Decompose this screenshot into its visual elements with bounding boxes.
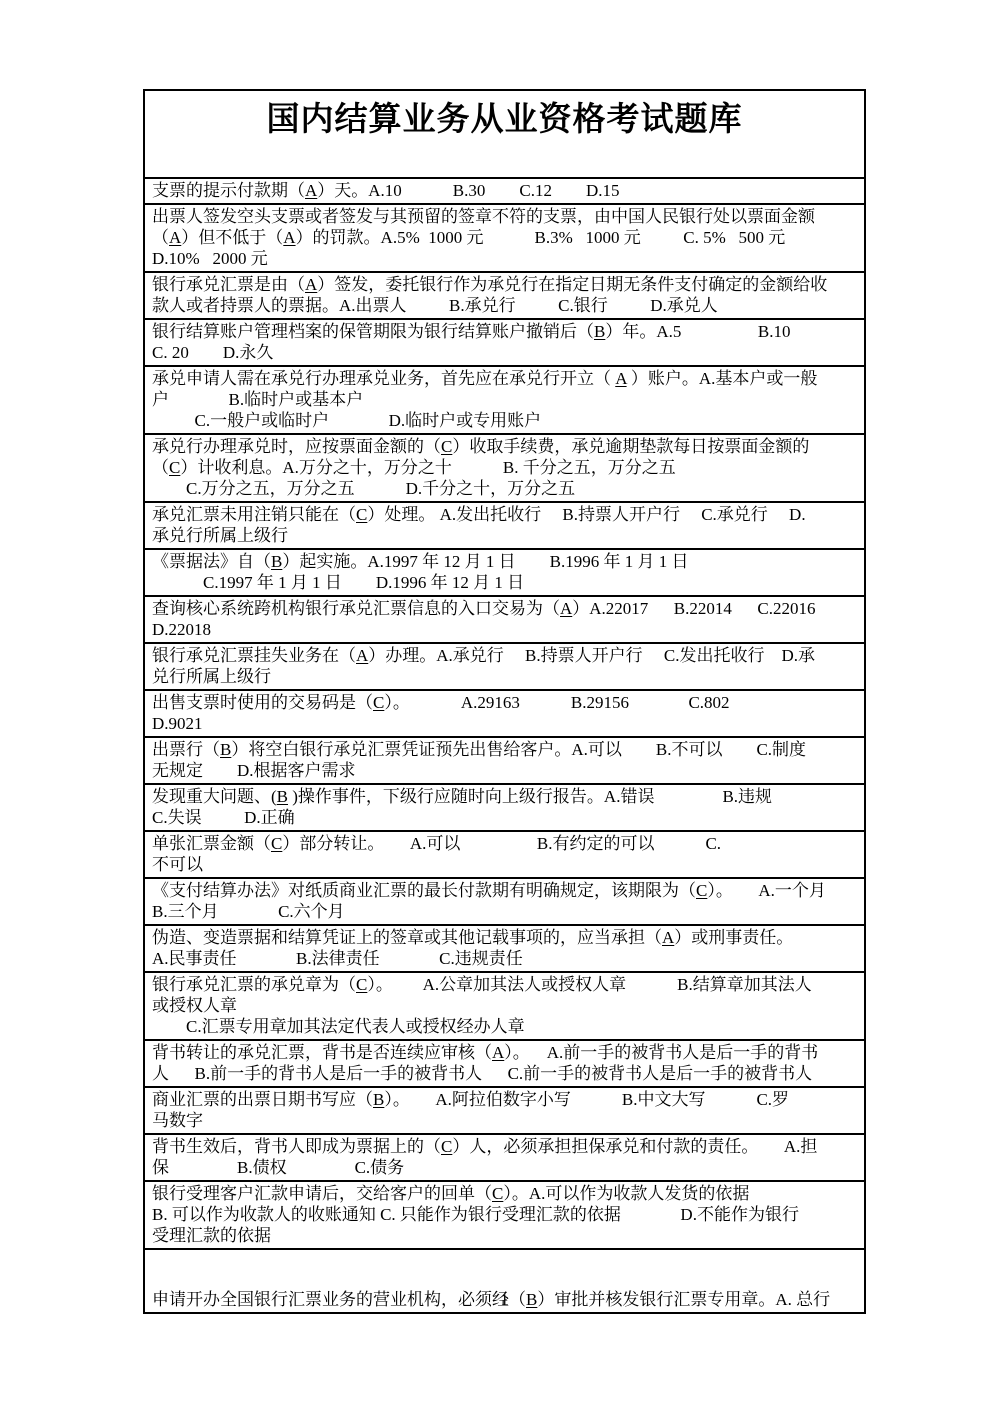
answer-letter-underlined: C bbox=[492, 1184, 503, 1203]
question-row: 查询核心系统跨机构银行承兑汇票信息的入口交易为（A）A.22017 B.2201… bbox=[145, 595, 864, 642]
answer-letter-underlined: B bbox=[373, 1090, 384, 1109]
question-table-body: 支票的提示付款期（A）天。A.10 B.30 C.12 D.15出票人签发空头支… bbox=[145, 177, 864, 1312]
question-row: 伪造、变造票据和结算凭证上的签章或其他记载事项的，应当承担（A）或刑事责任。 A… bbox=[145, 924, 864, 971]
answer-letter-underlined: A bbox=[356, 646, 368, 665]
question-row: 银行结算账户管理档案的保管期限为银行结算账户撤销后（B）年。A.5 B.10 C… bbox=[145, 318, 864, 365]
answer-letter-underlined: A bbox=[283, 228, 295, 247]
question-table: 国内结算业务从业资格考试题库 支票的提示付款期（A）天。A.10 B.30 C.… bbox=[143, 89, 866, 1314]
question-text: ）但不低于（ bbox=[181, 228, 283, 247]
answer-letter-underlined: A bbox=[305, 275, 317, 294]
question-text: 背书生效后，背书人即成为票据上的（ bbox=[152, 1137, 441, 1156]
question-text: 银行承兑汇票的承兑章为（ bbox=[152, 975, 356, 994]
question-text: 银行受理客户汇款申请后，交给客户的回单（ bbox=[152, 1184, 492, 1203]
question-text: 商业汇票的出票日期书写应（ bbox=[152, 1090, 373, 1109]
answer-letter-underlined: A bbox=[662, 928, 674, 947]
question-row: 《支付结算办法》对纸质商业汇票的最长付款期有明确规定，该期限为（C）。 A.一个… bbox=[145, 877, 864, 924]
answer-letter-underlined: B bbox=[220, 740, 231, 759]
document-title: 国内结算业务从业资格考试题库 bbox=[145, 91, 864, 177]
answer-letter-underlined: C bbox=[356, 505, 367, 524]
question-text: 支票的提示付款期（ bbox=[152, 181, 305, 200]
question-text: 《票据法》自（ bbox=[152, 552, 271, 571]
question-row: 出票行（B）将空白银行承兑汇票凭证预先出售给客户。A.可以 B.不可以 C.制度… bbox=[145, 736, 864, 783]
question-row: 《票据法》自（B）起实施。A.1997 年 12 月 1 日 B.1996 年 … bbox=[145, 548, 864, 595]
question-text: ）天。A.10 B.30 C.12 D.15 bbox=[317, 181, 619, 200]
question-row: 支票的提示付款期（A）天。A.10 B.30 C.12 D.15 bbox=[145, 177, 864, 203]
question-text: 单张汇票金额（ bbox=[152, 834, 271, 853]
question-row: 银行承兑汇票是由（A）签发，委托银行作为承兑行在指定日期无条件支付确定的金额给收… bbox=[145, 271, 864, 318]
answer-letter-underlined: C bbox=[356, 975, 367, 994]
answer-letter-underlined: B bbox=[277, 787, 288, 806]
question-row: 背书转让的承兑汇票，背书是否连续应审核（A）。 A.前一手的被背书人是后一手的背… bbox=[145, 1039, 864, 1086]
question-row: 单张汇票金额（C）部分转让。 A.可以 B.有约定的可以 C. 不可以 bbox=[145, 830, 864, 877]
question-text: 查询核心系统跨机构银行承兑汇票信息的入口交易为（ bbox=[152, 599, 560, 618]
question-text: 《支付结算办法》对纸质商业汇票的最长付款期有明确规定，该期限为（ bbox=[152, 881, 696, 900]
question-row: 承兑汇票未用注销只能在（C）处理。 A.发出托收行 B.持票人开户行 C.承兑行… bbox=[145, 501, 864, 548]
answer-letter-underlined: C bbox=[441, 1137, 452, 1156]
answer-letter-underlined: A bbox=[615, 369, 626, 388]
question-text: 出售支票时使用的交易码是（ bbox=[152, 693, 373, 712]
question-text: 背书转让的承兑汇票，背书是否连续应审核（ bbox=[152, 1043, 492, 1062]
question-text: 银行承兑汇票挂失业务在（ bbox=[152, 646, 356, 665]
question-text: 银行承兑汇票是由（ bbox=[152, 275, 305, 294]
question-text: 发现重大问题、( bbox=[152, 787, 277, 806]
question-text: 伪造、变造票据和结算凭证上的签章或其他记载事项的，应当承担（ bbox=[152, 928, 662, 947]
question-row: 承兑行办理承兑时，应按票面金额的（C）收取手续费，承兑逾期垫款每日按票面金额的 … bbox=[145, 433, 864, 501]
question-row: 发现重大问题、(B )操作事件，下级行应随时向上级行报告。A.错误 B.违规 C… bbox=[145, 783, 864, 830]
question-row: 承兑申请人需在承兑行办理承兑业务，首先应在承兑行开立（ A ）账户。A.基本户或… bbox=[145, 365, 864, 433]
question-text: 承兑行办理承兑时，应按票面金额的（ bbox=[152, 437, 441, 456]
answer-letter-underlined: C bbox=[441, 437, 452, 456]
answer-letter-underlined: A bbox=[305, 181, 317, 200]
answer-letter-underlined: C bbox=[696, 881, 707, 900]
question-row: 出售支票时使用的交易码是（C）。 A.29163 B.29156 C.802 D… bbox=[145, 689, 864, 736]
question-text: ）计收利息。A.万分之十，万分之十 B. 千分之五，万分之五 C.万分之五，万分… bbox=[152, 458, 676, 498]
answer-letter-underlined: C bbox=[169, 458, 180, 477]
question-text: ）将空白银行承兑汇票凭证预先出售给客户。A.可以 B.不可以 C.制度 无规定 … bbox=[152, 740, 806, 780]
question-row: 商业汇票的出票日期书写应（B）。 A.阿拉伯数字小写 B.中文大写 C.罗 马数… bbox=[145, 1086, 864, 1133]
answer-letter-underlined: B bbox=[594, 322, 605, 341]
answer-letter-underlined: B bbox=[271, 552, 282, 571]
question-row: 出票人签发空头支票或者签发与其预留的签章不符的支票，由中国人民银行处以票面金额 … bbox=[145, 203, 864, 271]
question-row: 背书生效后，背书人即成为票据上的（C）人，必须承担担保承兑和付款的责任。 A.担… bbox=[145, 1133, 864, 1180]
answer-letter-underlined: A bbox=[560, 599, 572, 618]
question-text: 承兑申请人需在承兑行办理承兑业务，首先应在承兑行开立（ bbox=[152, 369, 615, 388]
answer-letter-underlined: A bbox=[492, 1043, 504, 1062]
question-text: 承兑汇票未用注销只能在（ bbox=[152, 505, 356, 524]
page-number: 1 bbox=[143, 1292, 866, 1310]
question-text: 出票行（ bbox=[152, 740, 220, 759]
answer-letter-underlined: A bbox=[169, 228, 181, 247]
question-row: 银行承兑汇票的承兑章为（C）。 A.公章加其法人或授权人章 B.结算章加其法人 … bbox=[145, 971, 864, 1039]
question-text: 银行结算账户管理档案的保管期限为银行结算账户撤销后（ bbox=[152, 322, 594, 341]
answer-letter-underlined: C bbox=[373, 693, 384, 712]
question-row: 银行受理客户汇款申请后，交给客户的回单（C）。A.可以作为收款人发货的依据 B.… bbox=[145, 1180, 864, 1248]
answer-letter-underlined: C bbox=[271, 834, 282, 853]
question-row: 银行承兑汇票挂失业务在（A）办理。A.承兑行 B.持票人开户行 C.发出托收行 … bbox=[145, 642, 864, 689]
